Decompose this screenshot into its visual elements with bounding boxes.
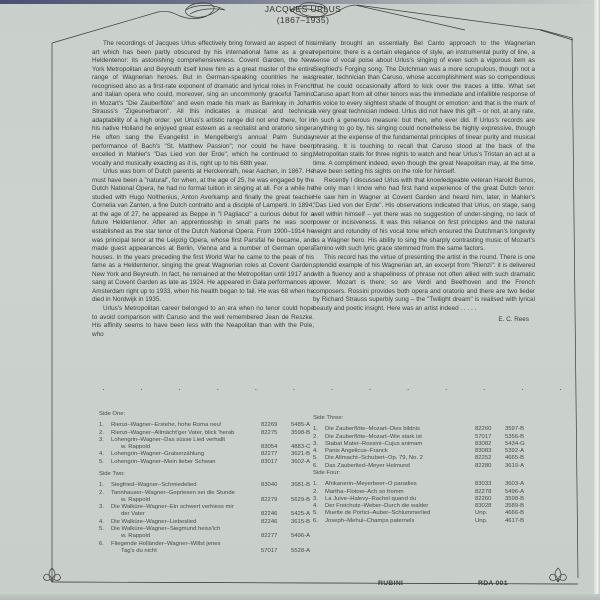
record-label: RUBINI (378, 580, 403, 587)
sleeve-right-edge (594, 0, 600, 600)
track-row: 2.Rienzi–Wagner–Allmächt'ger Vater, blic… (99, 430, 335, 437)
track-title-text: Stabat Mater–Rossini–Cujus animam (325, 441, 422, 447)
catalog-code: 4666-B (505, 510, 535, 517)
catalog-code: 5392-A (505, 448, 535, 455)
catalog-code: 3597-B (505, 426, 535, 433)
matrix-number: 83028 (475, 503, 505, 510)
catalog-code: 4617-B (505, 518, 535, 525)
track-row: 4.Lohengrin–Wagner–Gralserzählung8227736… (99, 451, 335, 458)
track-title-text: Lohengrin–Wagner–Gralserzählung (111, 451, 204, 457)
track-row: 6.Das Zauberlied–Meyer Helmund822803610-… (313, 463, 549, 470)
track-subtitle: w. Rappold (111, 444, 150, 450)
catalog-code: 3598-B (505, 496, 535, 503)
sleeve-bottom-edge (0, 594, 600, 600)
track-title-text: Der Freichutz–Weber–Durch die walder (325, 503, 428, 509)
track-list-side-three: Side Three:1.Die Zauberflöte–Mozart–Dies… (313, 415, 549, 470)
track-list-side-two: Side Two:1.Siegfried–Wagner–Schmiedelied… (99, 471, 335, 555)
track-row: 3.Lohengrin–Wagner–Das süsse Lied verhal… (99, 437, 335, 452)
divider-dot: · (445, 384, 448, 394)
track-title: Lohengrin–Wagner–Mein lieber Schwan (111, 459, 261, 466)
matrix-number: 82260 (475, 426, 505, 433)
liner-notes-header: JACQUES URLUS (1867–1935) (228, 4, 378, 26)
track-subtitle: der Vater (111, 511, 145, 517)
track-number: 2. (313, 434, 325, 441)
track-subtitle: w. Rappold (111, 533, 150, 539)
track-title-text: Fliegende Holländer–Wagner–Willst jenes (111, 541, 220, 547)
divider-dot: · (178, 384, 181, 394)
track-row: 5.Die Allmacht–Schubert–Op. 79, No. 2822… (313, 455, 549, 462)
track-number: 1. (99, 422, 111, 429)
track-number: 3. (99, 504, 111, 519)
track-title: Lohengrin–Wagner–Das süsse Lied verhallt… (111, 437, 261, 452)
matrix-number: 57017 (261, 548, 291, 555)
catalog-code: 5356-B (505, 434, 535, 441)
track-row: 5.Lohengrin–Wagner–Mein lieber Schwan830… (99, 459, 335, 466)
catalog-code: 5434-G (505, 441, 535, 448)
track-row: 6.Fliegende Holländer–Wagner–Willst jene… (99, 541, 335, 556)
divider-dot: · (559, 384, 562, 394)
notes-paragraph: This record has the virtue of presenting… (313, 254, 535, 314)
track-number: 5. (313, 510, 325, 517)
track-row: 1.Afrikanerin–Meyerbeer–O paradies830333… (313, 481, 549, 488)
matrix-number: 83033 (475, 481, 505, 488)
track-number: 4. (99, 451, 111, 458)
divider-dot: · (292, 384, 295, 394)
track-title: Die Walküre–Wagner–Siegmund heiss'ichw. … (111, 526, 261, 541)
track-title-text: Lohengrin–Wagner–Mein lieber Schwan (111, 459, 216, 465)
track-title-text: Muette de Portici–Auber–Schlummerlied (325, 510, 430, 516)
track-title-text: Die Allmacht–Schubert–Op. 79, No. 2 (325, 455, 423, 461)
matrix-number: 82275 (261, 430, 291, 437)
track-title: Joseph–Mehul–Champs paternels (325, 518, 475, 525)
track-number: 4. (99, 519, 111, 526)
track-number: 5. (99, 526, 111, 541)
track-number: 1. (313, 481, 325, 488)
side-title: Side Two: (99, 471, 335, 478)
matrix-number: Unp. (475, 510, 505, 517)
notes-paragraph: Recently I discussed Urlus with that kno… (313, 177, 535, 254)
track-number: 2. (99, 490, 111, 505)
track-title: Tannhauser–Wagner–Gepriesen sei die Stun… (111, 490, 261, 505)
matrix-number: 82277 (261, 451, 291, 458)
matrix-number: 82269 (261, 422, 291, 429)
track-title: Siegfried–Wagner–Schmiedelied (111, 482, 261, 489)
track-number: 2. (313, 489, 325, 496)
track-list-side-one: Side One:1.Rienzi–Wagner–Erstehe, hohe R… (99, 411, 335, 466)
divider-dot: · (407, 384, 410, 394)
track-title: Fliegende Holländer–Wagner–Willst jenesT… (111, 541, 261, 556)
track-title: Die Zauberflöte–Mozart–Dies bildnis (325, 426, 475, 433)
catalog-code: 5496-A (505, 489, 535, 496)
track-number: 2. (99, 430, 111, 437)
track-title: Das Zauberlied–Meyer Helmund (325, 463, 475, 470)
matrix-number: 82252 (475, 455, 505, 462)
divider-dot: · (140, 384, 143, 394)
track-title: Rienzi–Wagner–Erstehe, hohe Roma neu! (111, 422, 261, 429)
divider-dot: · (521, 384, 524, 394)
section-divider-dots: ············· (102, 384, 562, 394)
catalog-code: 3589-B (505, 503, 535, 510)
track-number: 5. (313, 455, 325, 462)
track-row: 6.Joseph–Mehul–Champs paternelsUnp.4617-… (313, 518, 549, 525)
track-list-side-four: Side Four:1.Afrikanerin–Meyerbeer–O para… (313, 470, 549, 525)
matrix-number: 83054 (261, 444, 291, 451)
record-sleeve-back: JACQUES URLUS (1867–1935) The recordings… (0, 0, 600, 600)
divider-dot: · (369, 384, 372, 394)
artist-dates: (1867–1935) (228, 15, 378, 26)
track-row: 1.Siegfried–Wagner–Schmiedelied830403681… (99, 482, 335, 489)
track-row: 2.Martha–Flotow–Ach so fromm822785496-A (313, 489, 549, 496)
side-title: Side Four: (313, 470, 549, 477)
liner-notes-column-right: similarly brought an essentially Bel Can… (313, 40, 535, 324)
track-row: 1.Rienzi–Wagner–Erstehe, hohe Roma neu!8… (99, 422, 335, 429)
track-title: Die Allmacht–Schubert–Op. 79, No. 2 (325, 455, 475, 462)
track-number: 1. (99, 482, 111, 489)
catalog-code: 5528-A (291, 548, 321, 555)
matrix-number: 82280 (475, 463, 505, 470)
track-subtitle: Tag's du nicht (111, 548, 157, 554)
matrix-number: 83083 (475, 448, 505, 455)
track-title: Die Walküre–Wagner–Ein schwert verhiess … (111, 504, 261, 519)
track-number: 6. (313, 463, 325, 470)
matrix-number: 82260 (475, 496, 505, 503)
matrix-number: 82246 (261, 519, 291, 526)
catalog-code: 3603-A (505, 481, 535, 488)
track-title: La Juive–Halevy–Rachel quand du (325, 496, 475, 503)
notes-paragraph: The recordings of Jacques Urlus effectiv… (92, 40, 314, 168)
track-number: 4. (313, 503, 325, 510)
track-title-text: Tannhauser–Wagner–Gepriesen sei die Stun… (111, 490, 235, 496)
track-number: 3. (99, 437, 111, 452)
track-row: 3.Die Walküre–Wagner–Ein schwert verhies… (99, 504, 335, 519)
track-row: 4.Panis Angelicus–Franck830835392-A (313, 448, 549, 455)
track-row: 4.Der Freichutz–Weber–Durch die walder83… (313, 503, 549, 510)
track-row: 3.Stabat Mater–Rossini–Cujus animam83082… (313, 441, 549, 448)
track-title: Die Walküre–Wagner–Liebeslied (111, 519, 261, 526)
author-signature: E. C. Rees (313, 316, 535, 325)
track-title: Lohengrin–Wagner–Gralserzählung (111, 451, 261, 458)
divider-dot: · (216, 384, 219, 394)
track-title-text: Panis Angelicus–Franck (325, 448, 388, 454)
track-row: 5.Die Walküre–Wagner–Siegmund heiss'ichw… (99, 526, 335, 541)
track-title: Die Zauberflöte–Mozart–Wie stark ist (325, 434, 475, 441)
track-title-text: Martha–Flotow–Ach so fromm (325, 489, 404, 495)
track-number: 6. (99, 541, 111, 556)
track-title-text: Rienzi–Wagner–Allmächt'ger Vater, blick … (111, 430, 234, 436)
track-title: Der Freichutz–Weber–Durch die walder (325, 503, 475, 510)
artist-name: JACQUES URLUS (228, 4, 378, 15)
track-number: 6. (313, 518, 325, 525)
track-title: Afrikanerin–Meyerbeer–O paradies (325, 481, 475, 488)
notes-paragraph: similarly brought an essentially Bel Can… (313, 40, 535, 177)
track-title: Muette de Portici–Auber–Schlummerlied (325, 510, 475, 517)
side-title: Side Three: (313, 415, 549, 422)
matrix-number: 83082 (475, 441, 505, 448)
liner-notes-column-left: The recordings of Jacques Urlus effectiv… (92, 40, 314, 339)
track-title: Panis Angelicus–Franck (325, 448, 475, 455)
track-title-text: Siegfried–Wagner–Schmiedelied (111, 482, 197, 488)
track-title-text: Die Walküre–Wagner–Liebeslied (111, 519, 196, 525)
matrix-number: 82278 (475, 489, 505, 496)
matrix-number: 82279 (261, 497, 291, 504)
track-title-text: Das Zauberlied–Meyer Helmund (325, 463, 410, 469)
track-row: 3.La Juive–Halevy–Rachel quand du8226035… (313, 496, 549, 503)
flourish-left-icon (158, 3, 225, 19)
matrix-number: 83017 (261, 459, 291, 466)
divider-dot: · (330, 384, 333, 394)
matrix-number: Unp. (475, 518, 505, 525)
track-title-text: Die Walküre–Wagner–Ein schwert verhiess … (111, 504, 234, 510)
divider-dot: · (483, 384, 486, 394)
track-number: 3. (313, 496, 325, 503)
track-row: 1.Die Zauberflöte–Mozart–Dies bildnis822… (313, 426, 549, 433)
notes-paragraph: Urlus was born of Dutch parents at Herck… (92, 168, 314, 305)
track-title-text: Die Zauberflöte–Mozart–Wie stark ist (325, 434, 422, 440)
catalog-code: 5496-A (291, 533, 321, 540)
matrix-number: 82246 (261, 511, 291, 518)
notes-paragraph: Urlus's Metropolitan career belonged to … (92, 305, 314, 339)
divider-dot: · (254, 384, 257, 394)
matrix-number: 83040 (261, 482, 291, 489)
track-title: Martha–Flotow–Ach so fromm (325, 489, 475, 496)
track-subtitle: w. Rappold (111, 497, 150, 503)
corner-curl-right-icon (550, 568, 567, 582)
track-number: 3. (313, 441, 325, 448)
track-title-text: Rienzi–Wagner–Erstehe, hohe Roma neu! (111, 422, 221, 428)
catalog-code: 3610-A (505, 463, 535, 470)
track-number: 4. (313, 448, 325, 455)
catalog-code: 4665-B (505, 455, 535, 462)
track-title-text: Afrikanerin–Meyerbeer–O paradies (325, 481, 417, 487)
track-title-text: Die Zauberflöte–Mozart–Dies bildnis (325, 426, 420, 432)
matrix-number: 57017 (475, 434, 505, 441)
track-row: 2.Tannhauser–Wagner–Gepriesen sei die St… (99, 490, 335, 505)
track-title-text: Joseph–Mehul–Champs paternels (325, 518, 414, 524)
divider-dot: · (102, 384, 105, 394)
track-title: Rienzi–Wagner–Allmächt'ger Vater, blick … (111, 430, 261, 437)
track-title: Stabat Mater–Rossini–Cujus animam (325, 441, 475, 448)
track-number: 1. (313, 426, 325, 433)
side-title: Side One: (99, 411, 335, 418)
track-row: 4.Die Walküre–Wagner–Liebeslied822463615… (99, 519, 335, 526)
track-row: 5.Muette de Portici–Auber–SchlummerliedU… (313, 510, 549, 517)
track-title-text: Lohengrin–Wagner–Das süsse Lied verhallt (111, 437, 225, 443)
matrix-number: 82277 (261, 533, 291, 540)
track-number: 5. (99, 459, 111, 466)
catalog-number: RDA 001 (478, 580, 508, 587)
track-title-text: La Juive–Halevy–Rachel quand du (325, 496, 416, 502)
track-row: 2.Die Zauberflöte–Mozart–Wie stark ist57… (313, 434, 549, 441)
track-title-text: Die Walküre–Wagner–Siegmund heiss'ich (111, 526, 220, 532)
